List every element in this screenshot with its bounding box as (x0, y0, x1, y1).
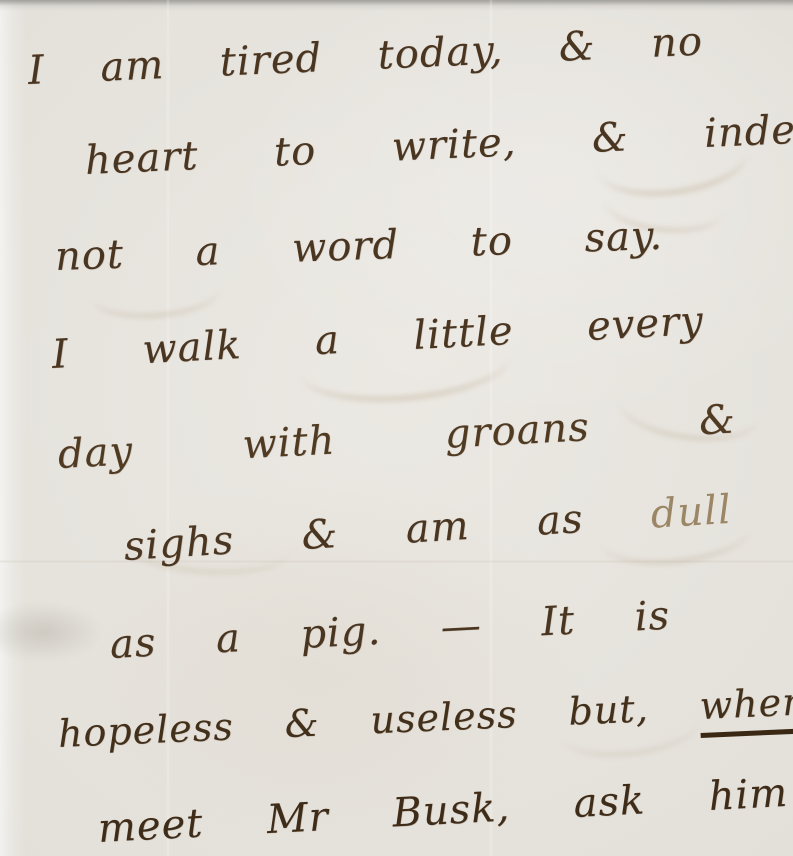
line-8-underlined-word: when (699, 679, 793, 738)
paper-top-edge (0, 0, 793, 6)
handwritten-line-3: not a word to say. (54, 213, 663, 280)
letter-page: I am tired today, & no heart to write, &… (0, 0, 793, 856)
line-6-text: sighs & am as (123, 492, 653, 570)
handwritten-line-7: as a pig. — It is (109, 593, 671, 668)
handwritten-line-9: meet Mr Busk, ask him (97, 770, 789, 852)
handwritten-line-1: I am tired today, & no (27, 19, 704, 94)
line-6-faded-word: dull (649, 487, 733, 538)
handwritten-line-5: day with groans & (57, 397, 737, 478)
paper-smudge (0, 602, 102, 662)
